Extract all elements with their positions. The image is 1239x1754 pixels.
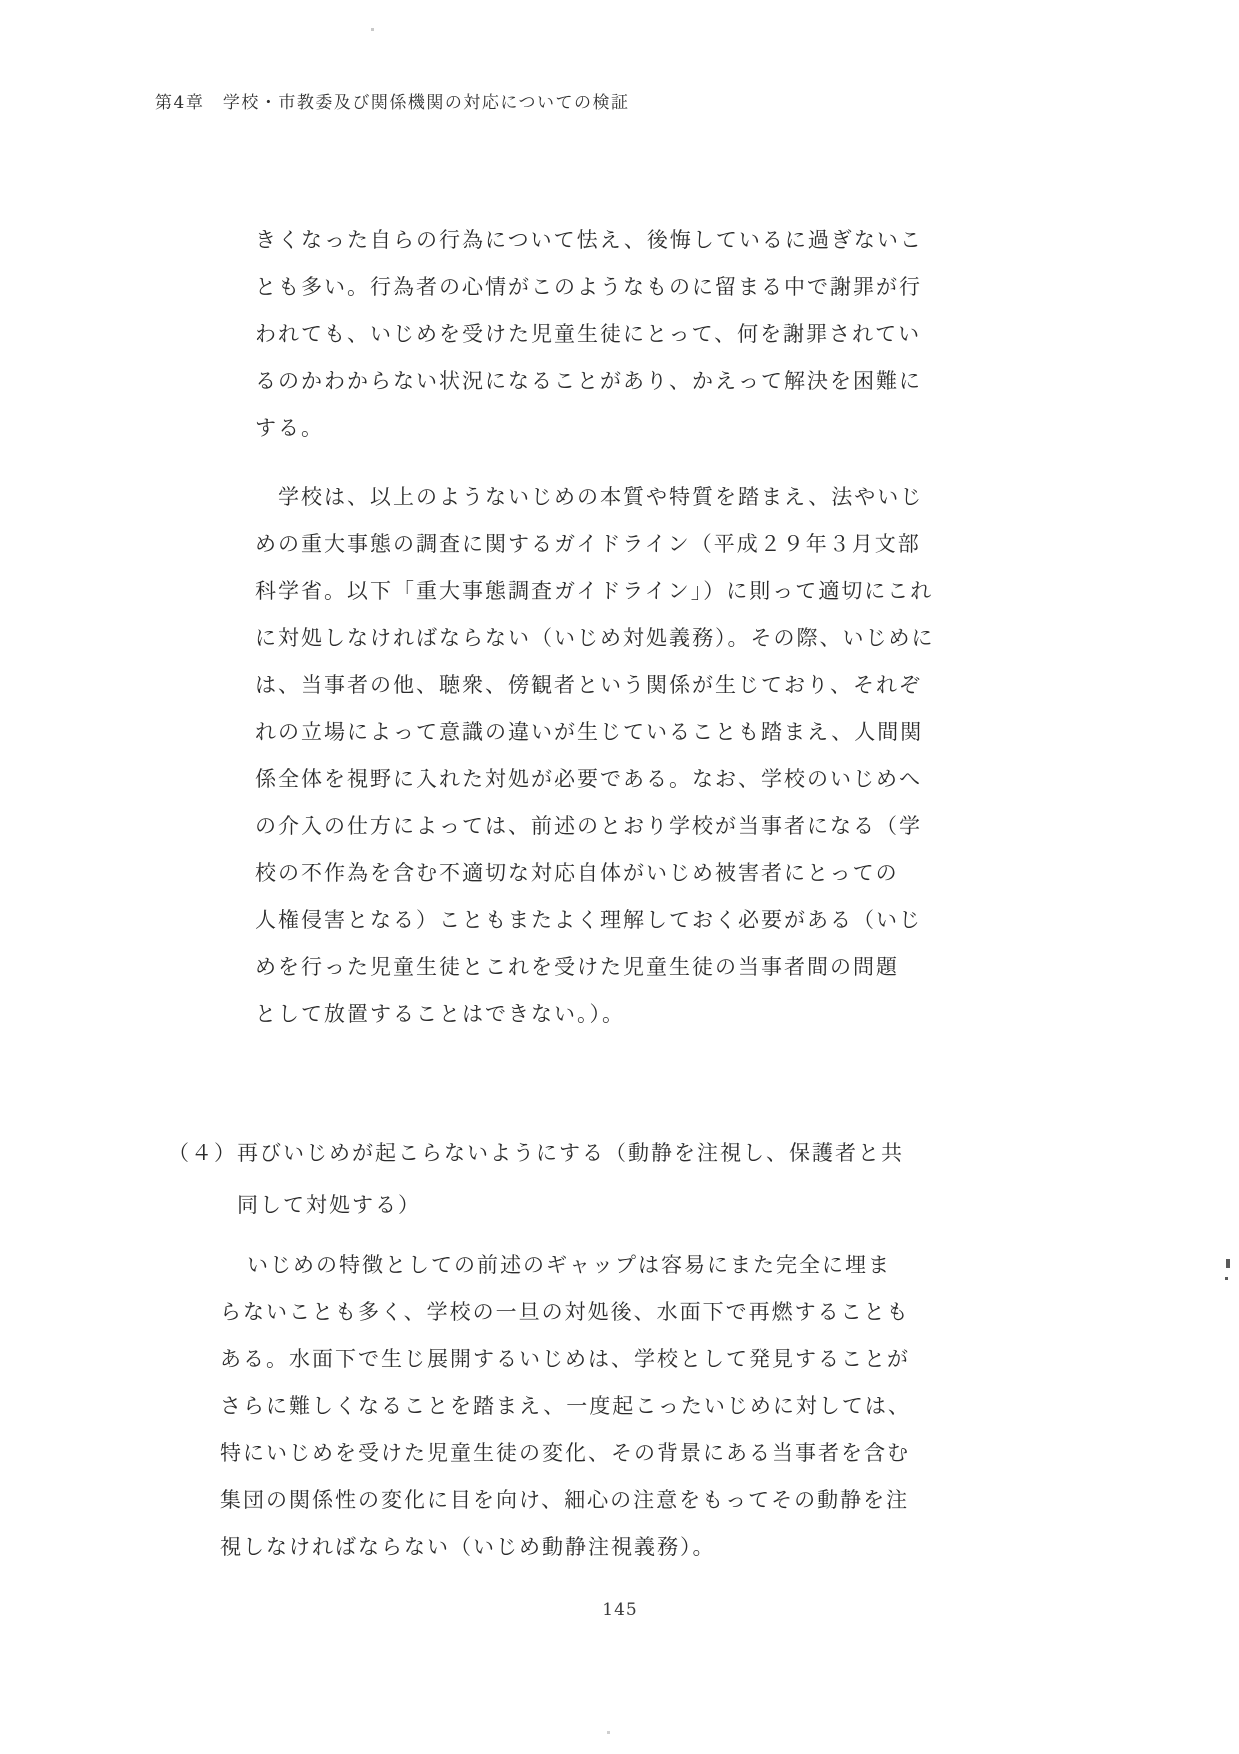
body-line: 人権侵害となる）こともまたよく理解しておく必要がある（いじ (255, 897, 935, 944)
scan-artifact (371, 28, 374, 31)
body-line: いじめの特徴としての前述のギャップは容易にまた完全に埋ま (220, 1242, 911, 1289)
body-line: の介入の仕方によっては、前述のとおり学校が当事者になる（学 (255, 803, 935, 850)
scan-artifact (1226, 1259, 1230, 1268)
body-line: 視しなければならない（いじめ動静注視義務）。 (220, 1524, 911, 1571)
section-heading-line: （４）再びいじめが起こらないようにする（動静を注視し、保護者と共 (168, 1127, 904, 1179)
body-line: われても、いじめを受けた児童生徒にとって、何を謝罪されてい (255, 311, 923, 358)
body-line: 科学省。以下「重大事態調査ガイドライン」）に則って適切にこれ (255, 568, 935, 615)
body-line: ある。水面下で生じ展開するいじめは、学校として発見することが (220, 1336, 911, 1383)
scan-artifact (607, 1731, 610, 1734)
paragraph-1: きくなった自らの行為について怯え、後悔しているに過ぎないこ とも多い。行為者の心… (255, 217, 923, 452)
paragraph-2: 学校は、以上のようないじめの本質や特質を踏まえ、法やいじ めの重大事態の調査に関… (255, 474, 935, 1038)
body-line: さらに難しくなることを踏まえ、一度起こったいじめに対しては、 (220, 1383, 911, 1430)
body-line: めを行った児童生徒とこれを受けた児童生徒の当事者間の問題 (255, 944, 935, 991)
page-number: 145 (560, 1600, 680, 1620)
body-line: 集団の関係性の変化に目を向け、細心の注意をもってその動静を注 (220, 1477, 911, 1524)
body-line: 校の不作為を含む不適切な対応自体がいじめ被害者にとっての (255, 850, 935, 897)
body-line: れの立場によって意識の違いが生じていることも踏まえ、人間関 (255, 709, 935, 756)
body-line: きくなった自らの行為について怯え、後悔しているに過ぎないこ (255, 217, 923, 264)
body-line: 係全体を視野に入れた対処が必要である。なお、学校のいじめへ (255, 756, 935, 803)
scan-artifact (1225, 1277, 1228, 1280)
section-4-paragraph: いじめの特徴としての前述のギャップは容易にまた完全に埋ま らないことも多く、学校… (220, 1242, 911, 1571)
body-line: として放置することはできない。）。 (255, 991, 935, 1038)
body-line: する。 (255, 405, 923, 452)
body-line: るのかわからない状況になることがあり、かえって解決を困難に (255, 358, 923, 405)
section-4-heading: （４）再びいじめが起こらないようにする（動静を注視し、保護者と共 同して対処する… (168, 1127, 904, 1231)
chapter-header: 第4章 学校・市教委及び関係機関の対応についての検証 (155, 88, 629, 113)
body-line: らないことも多く、学校の一旦の対処後、水面下で再燃することも (220, 1289, 911, 1336)
section-heading-line: 同して対処する） (168, 1179, 904, 1231)
body-line: とも多い。行為者の心情がこのようなものに留まる中で謝罪が行 (255, 264, 923, 311)
body-line: 特にいじめを受けた児童生徒の変化、その背景にある当事者を含む (220, 1430, 911, 1477)
body-line: 学校は、以上のようないじめの本質や特質を踏まえ、法やいじ (255, 474, 935, 521)
body-line: めの重大事態の調査に関するガイドライン（平成２９年３月文部 (255, 521, 935, 568)
body-line: に対処しなければならない（いじめ対処義務）。その際、いじめに (255, 615, 935, 662)
document-page: 第4章 学校・市教委及び関係機関の対応についての検証 きくなった自らの行為につい… (0, 0, 1239, 1754)
body-line: は、当事者の他、聴衆、傍観者という関係が生じており、それぞ (255, 662, 935, 709)
